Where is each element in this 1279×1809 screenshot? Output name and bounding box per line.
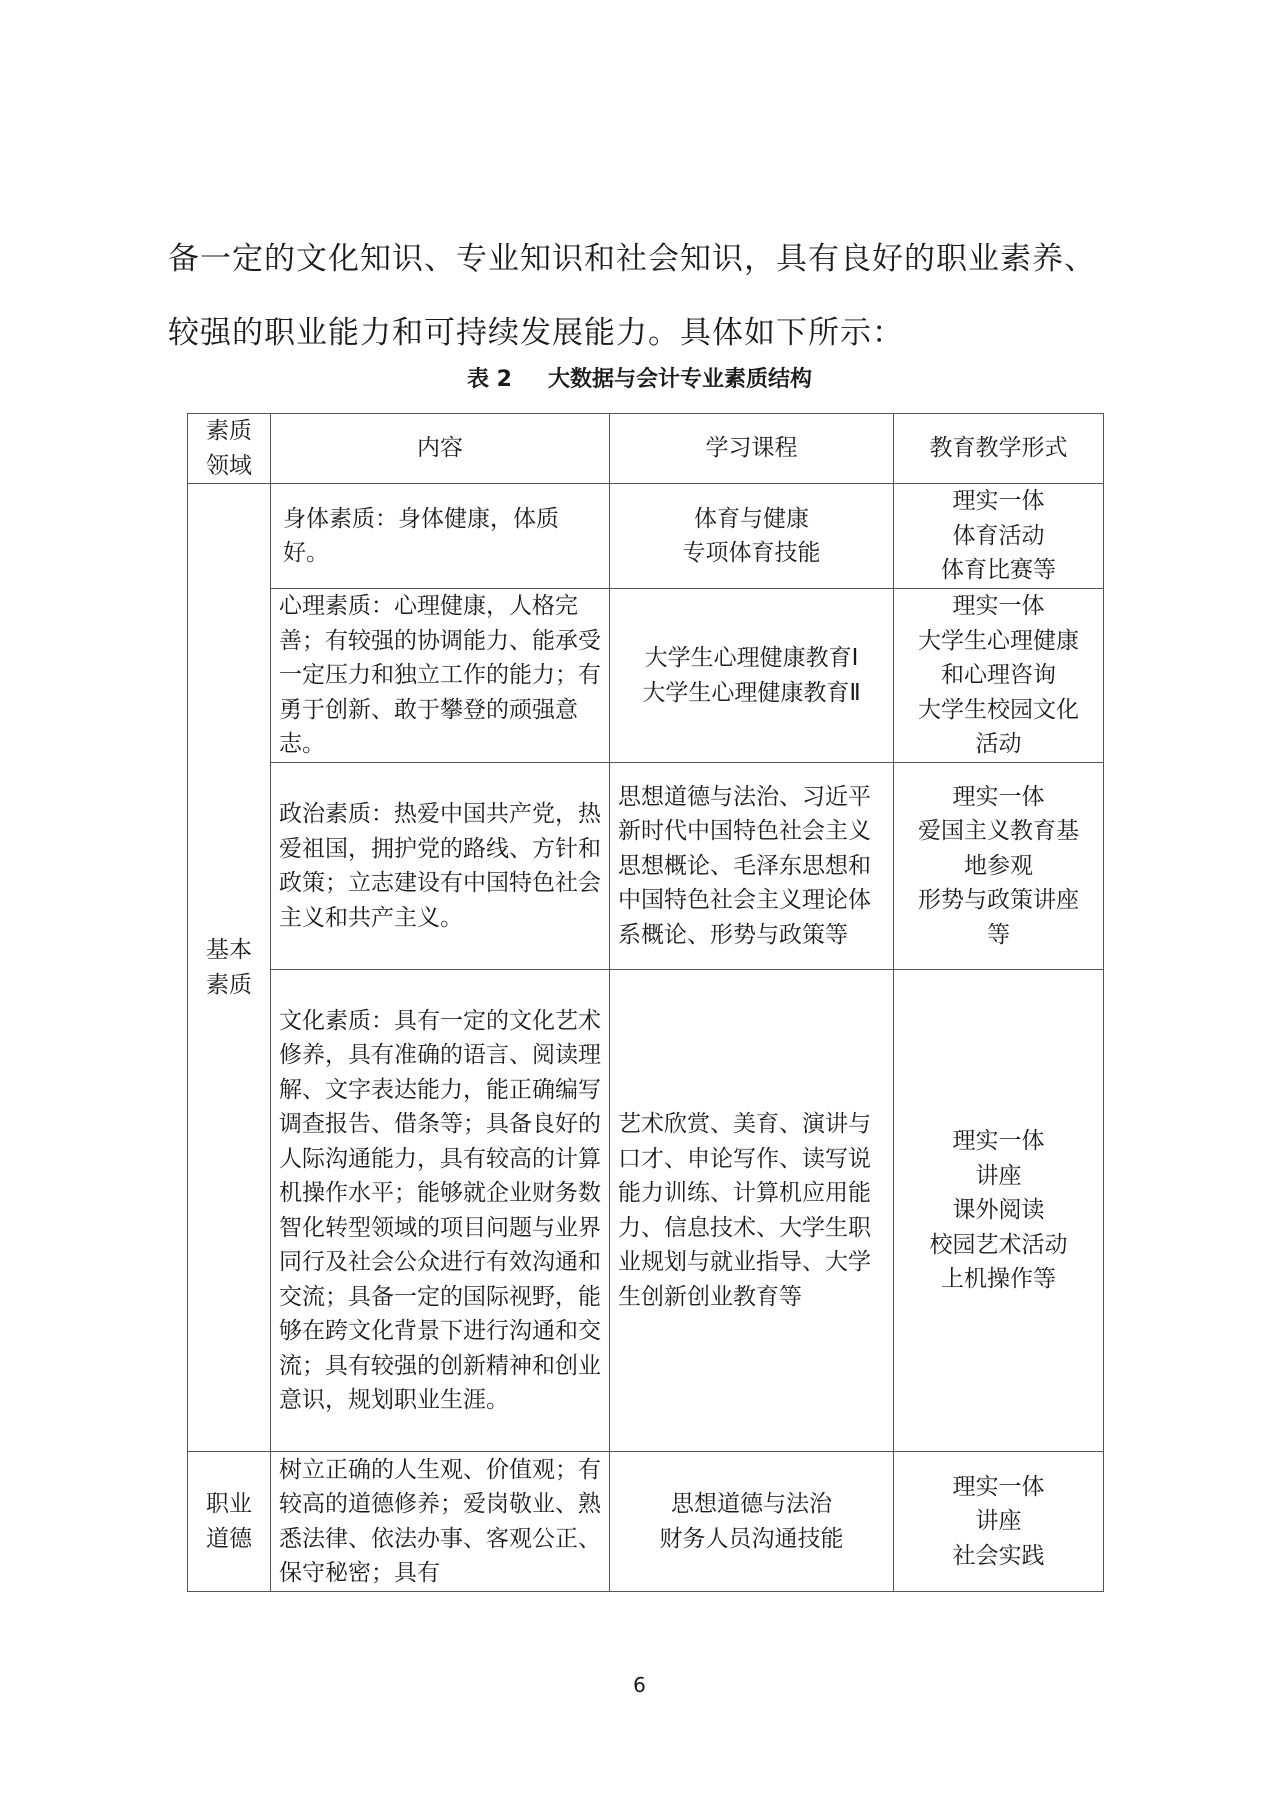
header-content: 内容 (271, 414, 610, 484)
content-cell: 政治素质：热爱中国共产党，热爱祖国，拥护党的路线、方针和政策；立志建设有中国特色… (271, 763, 610, 970)
form-line: 理实一体 (902, 1124, 1095, 1159)
domain-cell-basic: 基本 素质 (188, 484, 271, 1452)
domain-cell-ethics: 职业 道德 (188, 1452, 271, 1592)
table-row: 心理素质：心理健康，人格完善；有较强的协调能力、能承受一定压力和独立工作的能力；… (188, 589, 1104, 763)
form-line: 形势与政策讲座 (902, 883, 1095, 918)
table-caption: 表 2大数据与会计专业素质结构 (0, 360, 1279, 400)
course-line: 大学生心理健康教育Ⅰ (618, 641, 885, 676)
course-cell: 大学生心理健康教育Ⅰ 大学生心理健康教育Ⅱ (610, 589, 894, 763)
form-line: 地参观 (902, 849, 1095, 884)
form-line: 理实一体 (902, 484, 1095, 519)
course-cell: 思想道德与法治、习近平新时代中国特色社会主义思想概论、毛泽东思想和中国特色社会主… (610, 763, 894, 970)
form-cell: 理实一体 大学生心理健康 和心理咨询 大学生校园文化 活动 (894, 589, 1104, 763)
form-line: 社会实践 (902, 1539, 1095, 1574)
header-domain-line: 领域 (192, 449, 266, 484)
paragraph-line: 较强的职业能力和可持续发展能力。具体如下所示： (168, 296, 1118, 370)
course-line: 大学生心理健康教育Ⅱ (618, 676, 885, 711)
table-row: 基本 素质 身体素质：身体健康，体质好。 体育与健康 专项体育技能 理实一体 体… (188, 484, 1104, 589)
table-header-row: 素质 领域 内容 学习课程 教育教学形式 (188, 414, 1104, 484)
table-row: 文化素质：具有一定的文化艺术修养，具有准确的语言、阅读理解、文字表达能力，能正确… (188, 970, 1104, 1452)
form-cell: 理实一体 讲座 课外阅读 校园艺术活动 上机操作等 (894, 970, 1104, 1452)
course-line: 财务人员沟通技能 (618, 1522, 885, 1557)
form-line: 体育活动 (902, 519, 1095, 554)
page-number: 6 (0, 1673, 1279, 1697)
form-line: 体育比赛等 (902, 553, 1095, 588)
course-line: 体育与健康 (618, 502, 885, 537)
course-line: 思想道德与法治 (618, 1487, 885, 1522)
domain-line: 素质 (192, 968, 266, 1003)
content-cell: 身体素质：身体健康，体质好。 (271, 484, 610, 589)
table-title: 大数据与会计专业素质结构 (548, 367, 812, 392)
form-line: 等 (902, 918, 1095, 953)
form-line: 大学生心理健康 (902, 624, 1095, 659)
table-row: 职业 道德 树立正确的人生观、价值观；有较高的道德修养；爱岗敬业、熟悉法律、依法… (188, 1452, 1104, 1592)
course-cell: 体育与健康 专项体育技能 (610, 484, 894, 589)
quality-structure-table: 素质 领域 内容 学习课程 教育教学形式 基本 素质 身体素质：身体健康，体质好… (187, 413, 1104, 1592)
form-line: 和心理咨询 (902, 658, 1095, 693)
header-domain-line: 素质 (192, 414, 266, 449)
content-cell: 心理素质：心理健康，人格完善；有较强的协调能力、能承受一定压力和独立工作的能力；… (271, 589, 610, 763)
header-form: 教育教学形式 (894, 414, 1104, 484)
form-line: 理实一体 (902, 589, 1095, 624)
header-course: 学习课程 (610, 414, 894, 484)
domain-line: 基本 (192, 933, 266, 968)
domain-line: 道德 (192, 1522, 266, 1557)
content-cell: 文化素质：具有一定的文化艺术修养，具有准确的语言、阅读理解、文字表达能力，能正确… (271, 970, 610, 1452)
form-line: 校园艺术活动 (902, 1228, 1095, 1263)
table-number: 表 2 (467, 367, 512, 392)
form-line: 课外阅读 (902, 1193, 1095, 1228)
domain-line: 职业 (192, 1487, 266, 1522)
form-line: 爱国主义教育基 (902, 814, 1095, 849)
form-cell: 理实一体 讲座 社会实践 (894, 1452, 1104, 1592)
table-row: 政治素质：热爱中国共产党，热爱祖国，拥护党的路线、方针和政策；立志建设有中国特色… (188, 763, 1104, 970)
body-paragraph: 备一定的文化知识、专业知识和社会知识，具有良好的职业素养、 较强的职业能力和可持… (168, 222, 1118, 370)
form-line: 大学生校园文化 (902, 693, 1095, 728)
form-line: 讲座 (902, 1504, 1095, 1539)
form-cell: 理实一体 体育活动 体育比赛等 (894, 484, 1104, 589)
form-line: 理实一体 (902, 780, 1095, 815)
form-cell: 理实一体 爱国主义教育基 地参观 形势与政策讲座 等 (894, 763, 1104, 970)
course-line: 专项体育技能 (618, 536, 885, 571)
form-line: 讲座 (902, 1159, 1095, 1194)
paragraph-line: 备一定的文化知识、专业知识和社会知识，具有良好的职业素养、 (168, 222, 1118, 296)
content-cell: 树立正确的人生观、价值观；有较高的道德修养；爱岗敬业、熟悉法律、依法办事、客观公… (271, 1452, 610, 1592)
course-cell: 艺术欣赏、美育、演讲与口才、申论写作、读写说能力训练、计算机应用能力、信息技术、… (610, 970, 894, 1452)
header-domain: 素质 领域 (188, 414, 271, 484)
form-line: 理实一体 (902, 1470, 1095, 1505)
form-line: 上机操作等 (902, 1262, 1095, 1297)
form-line: 活动 (902, 727, 1095, 762)
course-cell: 思想道德与法治 财务人员沟通技能 (610, 1452, 894, 1592)
